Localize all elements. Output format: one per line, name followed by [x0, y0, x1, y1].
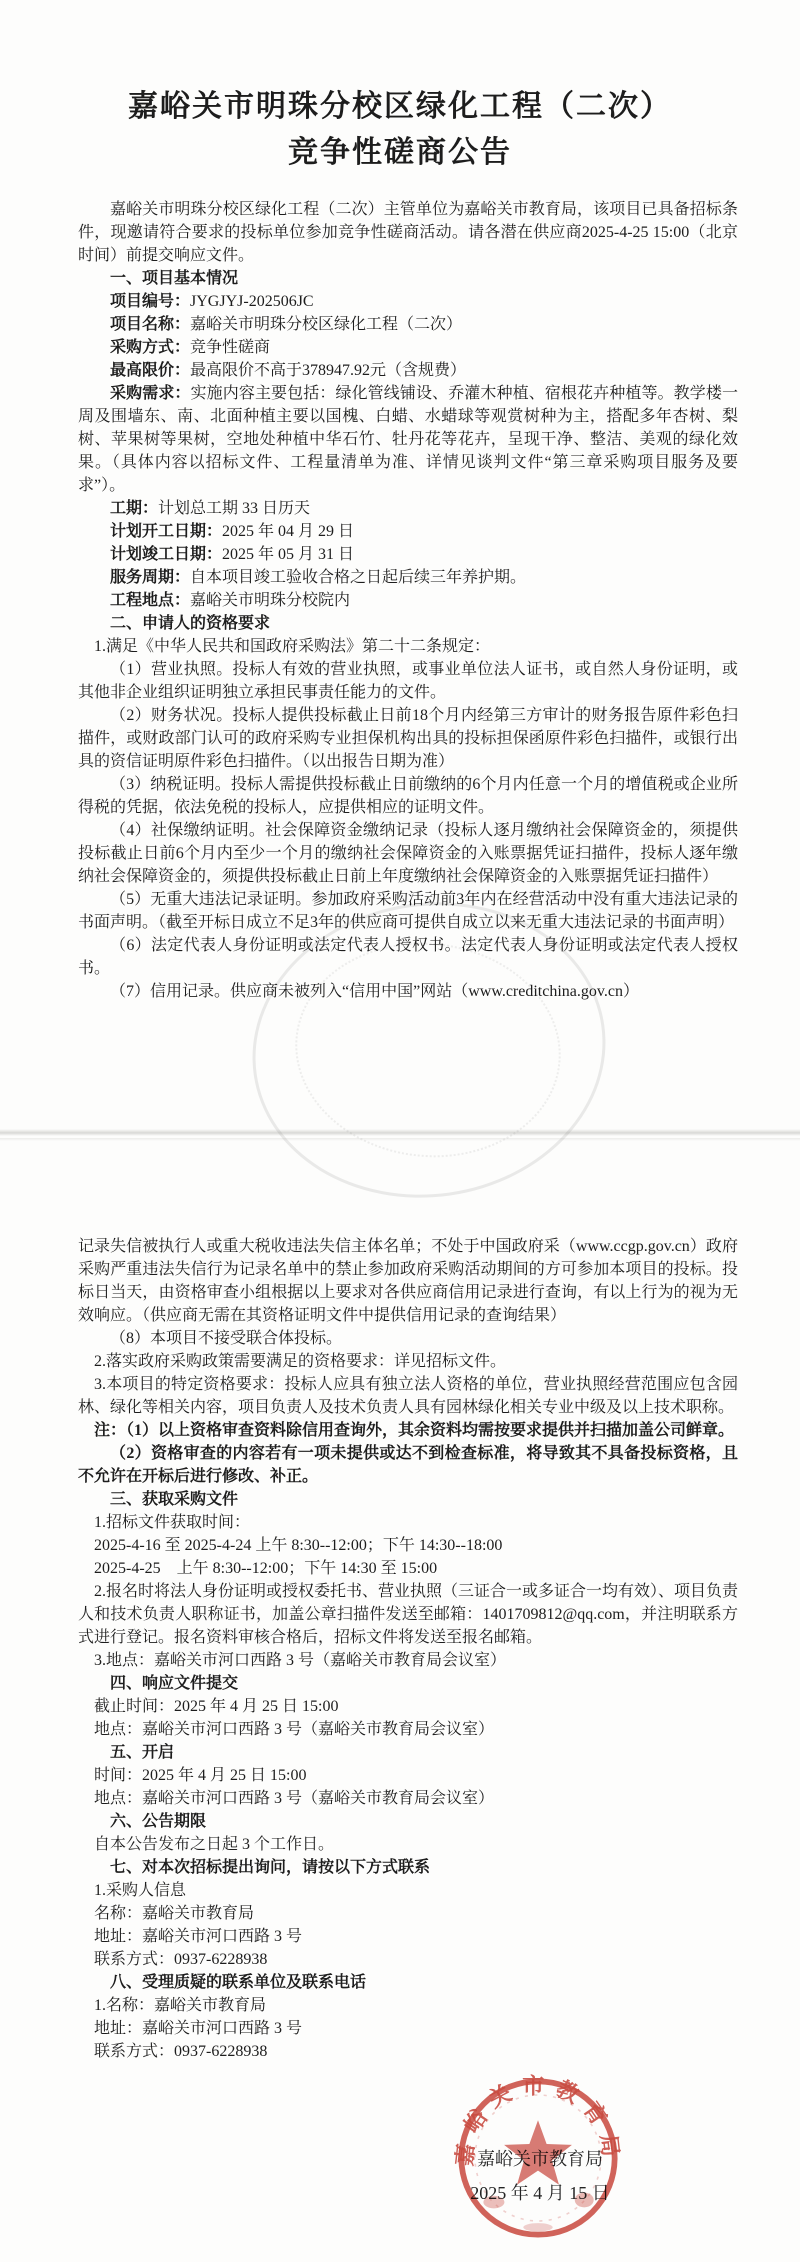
paragraph-text: 二、申请人的资格要求 [110, 615, 270, 632]
field-label: 采购需求： [110, 385, 191, 402]
field-label: 服务周期： [110, 569, 190, 586]
paragraph-text: 2.落实政府采购政策需要满足的资格要求：详见招标文件。 [94, 1353, 506, 1370]
seal-ink-smudge-right [575, 2193, 594, 2208]
paragraph: 自本公告发布之日起 3 个工作日。 [78, 1833, 738, 1856]
section-heading: 七、对本次招标提出询问，请按以下方式联系 [78, 1856, 738, 1879]
paragraph-text: （2）资格审查的内容若有一项未提供或达不到检查标准，将导致其不具备投标资格，且不… [78, 1445, 738, 1485]
paragraph-text: 记录失信被执行人或重大税收违法失信主体名单；不处于中国政府采（www.ccgp.… [78, 1238, 738, 1324]
paragraph: （7）信用记录。供应商未被列入“信用中国”网站（www.creditchina.… [78, 980, 738, 1003]
paragraph-text: 三、获取采购文件 [110, 1491, 238, 1508]
field-label: 计划开工日期： [110, 523, 222, 540]
paragraph-text: （1）营业执照。投标人有效的营业执照，或事业单位法人证书，或自然人身份证明，或其… [78, 661, 738, 701]
section-heading: 二、申请人的资格要求 [78, 612, 738, 635]
paragraph-text: 地点：嘉峪关市河口西路 3 号（嘉峪关市教育局会议室） [94, 1721, 494, 1738]
paragraph-text: （6）法定代表人身份证明或法定代表人授权书。法定代表人身份证明或法定代表人授权书… [78, 937, 738, 977]
field-value: 2025 年 05 月 31 日 [222, 546, 354, 563]
paragraph: （4）社保缴纳证明。社会保障资金缴纳记录（投标人逐月缴纳社会保障资金的，须提供投… [78, 819, 738, 888]
paragraph: 2.报名时将法人身份证明或授权委托书、营业执照（三证合一或多证合一均有效）、项目… [78, 1580, 738, 1649]
paragraph: 名称：嘉峪关市教育局 [78, 1902, 738, 1925]
paragraph: 嘉峪关市明珠分校区绿化工程（二次）主管单位为嘉峪关市教育局，该项目已具备招标条件… [78, 198, 738, 267]
field-value: 自本项目竣工验收合格之日起后续三年养护期。 [190, 569, 526, 586]
paragraph-text: 地址：嘉峪关市河口西路 3 号 [94, 2020, 302, 2037]
section-heading: 四、响应文件提交 [78, 1672, 738, 1695]
paragraph-text: 七、对本次招标提出询问，请按以下方式联系 [110, 1859, 430, 1876]
paragraph-text: 1.招标文件获取时间： [94, 1514, 250, 1531]
page1-body-text: 嘉峪关市明珠分校区绿化工程（二次）主管单位为嘉峪关市教育局，该项目已具备招标条件… [0, 198, 800, 1003]
paragraph-text: 联系方式：0937-6228938 [94, 1951, 267, 1968]
paragraph: 地址：嘉峪关市河口西路 3 号 [78, 2017, 738, 2040]
field-label: 工程地点： [110, 592, 190, 609]
field-label: 工期： [110, 500, 158, 517]
paragraph-text: 1.名称：嘉峪关市教育局 [94, 1997, 266, 2014]
paragraph-text: （3）纳税证明。投标人需提供投标截止日前缴纳的6个月内任意一个月的增值税或企业所… [78, 776, 738, 816]
paragraph: 工程地点：嘉峪关市明珠分校院内 [78, 589, 738, 612]
paragraph-text: 2025-4-25 上午 8:30--12:00；下午 14:30 至 15:0… [94, 1560, 437, 1577]
paragraph: （6）法定代表人身份证明或法定代表人授权书。法定代表人身份证明或法定代表人授权书… [78, 934, 738, 980]
field-value: 嘉峪关市明珠分校院内 [190, 592, 350, 609]
paragraph: 3.本项目的特定资格要求：投标人应具有独立法人资格的单位，营业执照经营范围应包含… [78, 1373, 738, 1419]
document-page-2: 记录失信被执行人或重大税收违法失信主体名单；不处于中国政府采（www.ccgp.… [0, 1165, 800, 2262]
paragraph-text: 时间：2025 年 4 月 25 日 15:00 [94, 1767, 306, 1784]
paragraph-text: 四、响应文件提交 [110, 1675, 238, 1692]
paragraph: 采购需求：实施内容主要包括：绿化管线铺设、乔灌木种植、宿根花卉种植等。教学楼一周… [78, 382, 738, 497]
field-label: 项目编号： [110, 293, 190, 310]
paragraph: 服务周期：自本项目竣工验收合格之日起后续三年养护期。 [78, 566, 738, 589]
field-label: 项目名称： [110, 316, 190, 333]
field-label: 计划竣工日期： [110, 546, 222, 563]
field-value: 最高限价不高于378947.92元（含规费） [190, 362, 466, 379]
paragraph-text: 一、项目基本情况 [110, 270, 238, 287]
field-value: JYGJYJ-202506JC [190, 293, 314, 310]
paragraph-text: 地址：嘉峪关市河口西路 3 号 [94, 1928, 302, 1945]
paragraph-text: 自本公告发布之日起 3 个工作日。 [94, 1836, 334, 1853]
paragraph: 1.满足《中华人民共和国政府采购法》第二十二条规定： [78, 635, 738, 658]
seal-ink-smudge-left [483, 2196, 504, 2209]
paragraph: 时间：2025 年 4 月 25 日 15:00 [78, 1764, 738, 1787]
paragraph-text: 地点：嘉峪关市河口西路 3 号（嘉峪关市教育局会议室） [94, 1790, 494, 1807]
field-value: 竞争性磋商 [190, 339, 270, 356]
paragraph: （3）纳税证明。投标人需提供投标截止日前缴纳的6个月内任意一个月的增值税或企业所… [78, 773, 738, 819]
page2-body-text: 记录失信被执行人或重大税收违法失信主体名单；不处于中国政府采（www.ccgp.… [0, 1165, 800, 2063]
section-heading: 一、项目基本情况 [78, 267, 738, 290]
paragraph: （1）营业执照。投标人有效的营业执照，或事业单位法人证书，或自然人身份证明，或其… [78, 658, 738, 704]
field-value: 计划总工期 33 日历天 [158, 500, 310, 517]
paragraph: （5）无重大违法记录证明。参加政府采购活动前3年内在经营活动中没有重大违法记录的… [78, 888, 738, 934]
paragraph-text: （4）社保缴纳证明。社会保障资金缴纳记录（投标人逐月缴纳社会保障资金的，须提供投… [78, 822, 738, 885]
paragraph: 最高限价：最高限价不高于378947.92元（含规费） [78, 359, 738, 382]
paragraph-text: 联系方式：0937-6228938 [94, 2043, 267, 2060]
paragraph: 项目编号：JYGJYJ-202506JC [78, 290, 738, 313]
paragraph: 地点：嘉峪关市河口西路 3 号（嘉峪关市教育局会议室） [78, 1787, 738, 1810]
document-page-1: 嘉峪关市明珠分校区绿化工程（二次） 竞争性磋商公告 嘉峪关市明珠分校区绿化工程（… [0, 0, 800, 1131]
seal-star-icon [504, 2120, 572, 2185]
paragraph-text: 五、开启 [110, 1744, 174, 1761]
field-value: 嘉峪关市明珠分校区绿化工程（二次） [190, 316, 462, 333]
paragraph: （8）本项目不接受联合体投标。 [78, 1327, 738, 1350]
paragraph: 记录失信被执行人或重大税收违法失信主体名单；不处于中国政府采（www.ccgp.… [78, 1235, 738, 1327]
paragraph: 2.落实政府采购政策需要满足的资格要求：详见招标文件。 [78, 1350, 738, 1373]
paragraph-text: （2）财务状况。投标人提供投标截止日前18个月内经第三方审计的财务报告原件彩色扫… [78, 707, 738, 770]
field-label: 最高限价： [110, 362, 190, 379]
document-title: 嘉峪关市明珠分校区绿化工程（二次） 竞争性磋商公告 [60, 84, 740, 176]
field-value: 2025 年 04 月 29 日 [222, 523, 354, 540]
paragraph: 注：（1）以上资格审查资料除信用查询外，其余资料均需按要求提供并扫描加盖公司鲜章… [78, 1419, 738, 1442]
paragraph: （2）财务状况。投标人提供投标截止日前18个月内经第三方审计的财务报告原件彩色扫… [78, 704, 738, 773]
paragraph: 2025-4-16 至 2025-4-24 上午 8:30--12:00；下午 … [78, 1534, 738, 1557]
paragraph: 联系方式：0937-6228938 [78, 2040, 738, 2063]
paragraph-text: （7）信用记录。供应商未被列入“信用中国”网站（www.creditchina.… [110, 983, 639, 1000]
paragraph-text: 3.本项目的特定资格要求：投标人应具有独立法人资格的单位，营业执照经营范围应包含… [78, 1376, 738, 1416]
paragraph-text: 1.满足《中华人民共和国政府采购法》第二十二条规定： [94, 638, 490, 655]
section-heading: 三、获取采购文件 [78, 1488, 738, 1511]
paragraph: 工期：计划总工期 33 日历天 [78, 497, 738, 520]
paragraph: 1.招标文件获取时间： [78, 1511, 738, 1534]
section-heading: 五、开启 [78, 1741, 738, 1764]
paragraph: 计划竣工日期：2025 年 05 月 31 日 [78, 543, 738, 566]
paragraph-text: 截止时间：2025 年 4 月 25 日 15:00 [94, 1698, 338, 1715]
paragraph-text: 2025-4-16 至 2025-4-24 上午 8:30--12:00；下午 … [94, 1537, 502, 1554]
paragraph: 1.采购人信息 [78, 1879, 738, 1902]
paragraph: 采购方式：竞争性磋商 [78, 336, 738, 359]
paragraph-text: 名称：嘉峪关市教育局 [94, 1905, 254, 1922]
paragraph-text: 3.地点：嘉峪关市河口西路 3 号（嘉峪关市教育局会议室） [94, 1652, 506, 1669]
section-heading: 八、受理质疑的联系单位及联系电话 [78, 1971, 738, 1994]
paragraph-text: 六、公告期限 [110, 1813, 206, 1830]
official-seal: 嘉峪关市教育局 [454, 2074, 622, 2242]
paragraph: （2）资格审查的内容若有一项未提供或达不到检查标准，将导致其不具备投标资格，且不… [78, 1442, 738, 1488]
field-label: 采购方式： [110, 339, 190, 356]
paragraph-text: 2.报名时将法人身份证明或授权委托书、营业执照（三证合一或多证合一均有效）、项目… [78, 1583, 738, 1646]
paragraph-text: （5）无重大违法记录证明。参加政府采购活动前3年内在经营活动中没有重大违法记录的… [78, 891, 738, 931]
paragraph: 2025-4-25 上午 8:30--12:00；下午 14:30 至 15:0… [78, 1557, 738, 1580]
paragraph-text: 1.采购人信息 [94, 1882, 186, 1899]
paragraph-text: （8）本项目不接受联合体投标。 [110, 1330, 342, 1347]
paragraph: 地址：嘉峪关市河口西路 3 号 [78, 1925, 738, 1948]
paragraph: 3.地点：嘉峪关市河口西路 3 号（嘉峪关市教育局会议室） [78, 1649, 738, 1672]
document-title-line2: 竞争性磋商公告 [60, 130, 740, 176]
scanned-document: { "document": { "title_line1": "嘉峪关市明珠分校… [0, 0, 800, 2262]
paragraph: 计划开工日期：2025 年 04 月 29 日 [78, 520, 738, 543]
document-title-line1: 嘉峪关市明珠分校区绿化工程（二次） [60, 84, 740, 130]
paragraph: 1.名称：嘉峪关市教育局 [78, 1994, 738, 2017]
paragraph: 截止时间：2025 年 4 月 25 日 15:00 [78, 1695, 738, 1718]
paragraph: 项目名称：嘉峪关市明珠分校区绿化工程（二次） [78, 313, 738, 336]
paragraph-text: 注：（1）以上资格审查资料除信用查询外，其余资料均需按要求提供并扫描加盖公司鲜章… [94, 1422, 734, 1439]
paragraph-text: 嘉峪关市明珠分校区绿化工程（二次）主管单位为嘉峪关市教育局，该项目已具备招标条件… [78, 201, 738, 264]
paragraph-text: 八、受理质疑的联系单位及联系电话 [110, 1974, 366, 1991]
paragraph: 联系方式：0937-6228938 [78, 1948, 738, 1971]
seal-ink-smudge-bottom [523, 2223, 552, 2231]
section-heading: 六、公告期限 [78, 1810, 738, 1833]
paragraph: 地点：嘉峪关市河口西路 3 号（嘉峪关市教育局会议室） [78, 1718, 738, 1741]
